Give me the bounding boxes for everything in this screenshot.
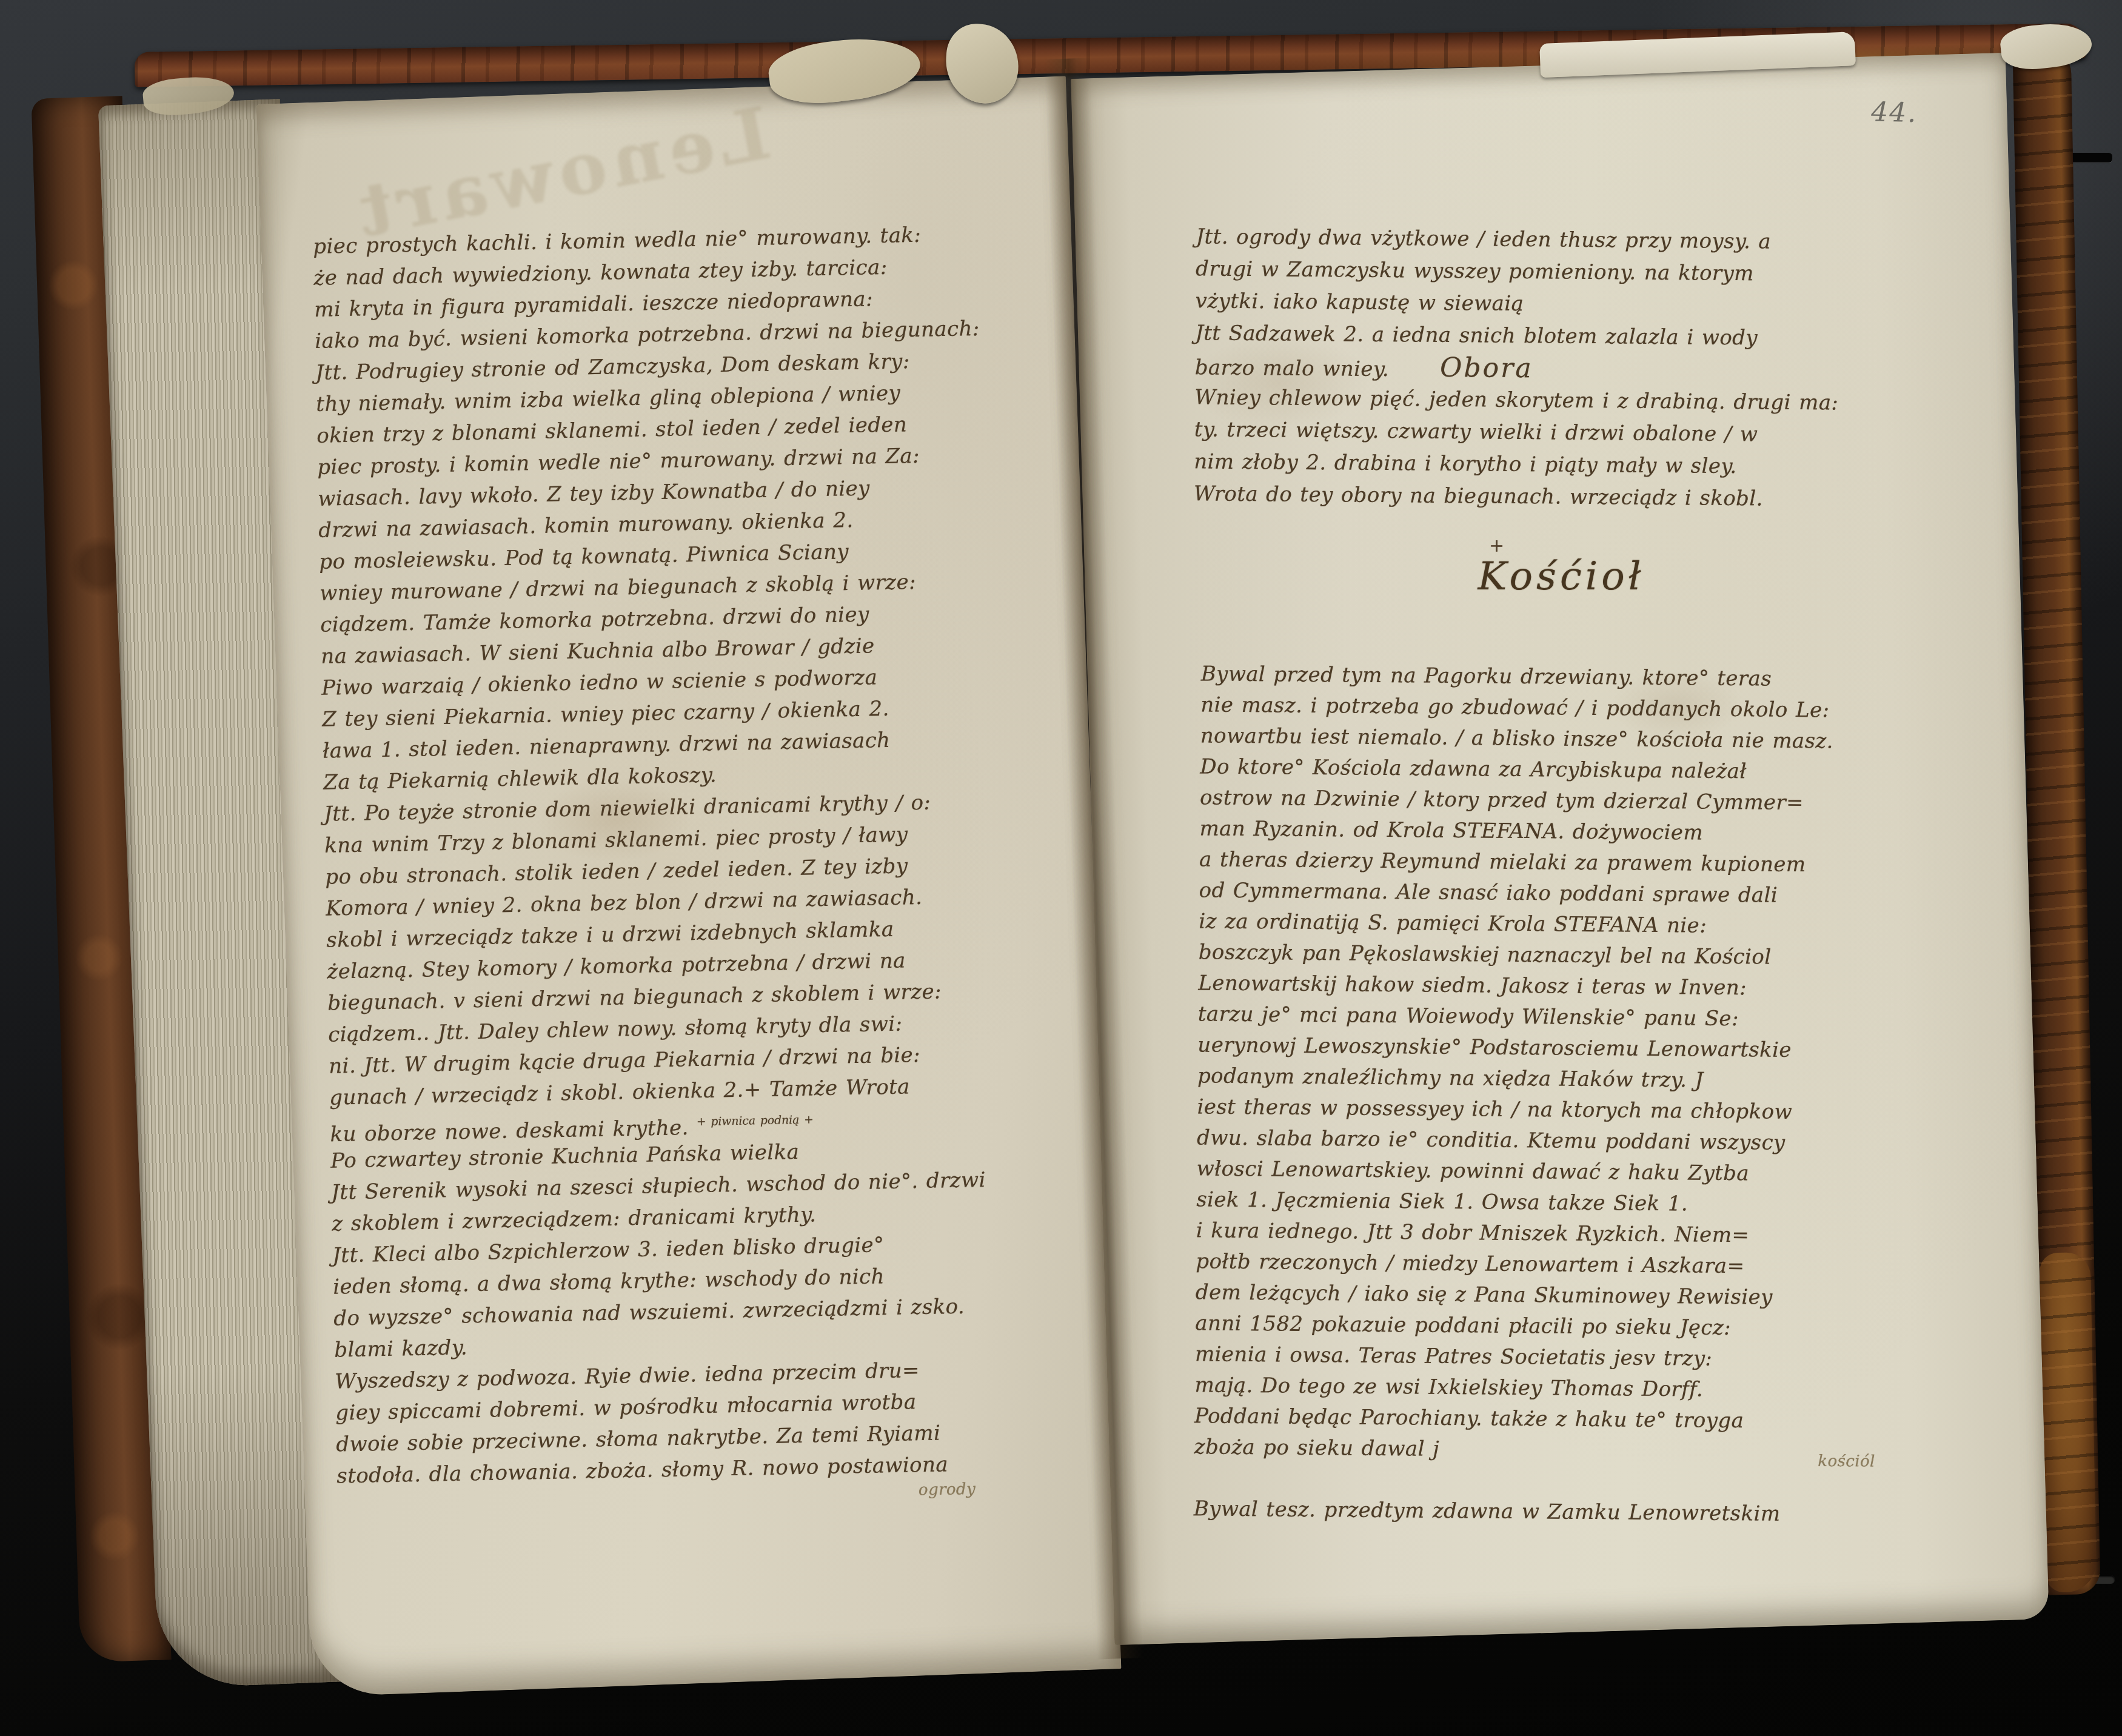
- cross-mark: +: [1489, 535, 1505, 557]
- right-page-main-text-block: Bywal przed tym na Pagorku drzewiany. kt…: [1194, 659, 1977, 1531]
- right-page: 44. Jtt. ogrody dwa vżytkowe / ieden thu…: [1071, 53, 2049, 1645]
- manuscript-line: Bywal tesz. przedtym zdawna w Zamku Leno…: [1194, 1493, 1970, 1531]
- manuscript-line: Wrota do tey obory na biegunach. wrzecią…: [1194, 478, 1958, 517]
- left-page: Lenowart piec prostych kachli. i komin w…: [256, 76, 1122, 1697]
- right-page-top-text-block: Jtt. ogrody dwa vżytkowe / ieden thusz p…: [1194, 221, 1960, 517]
- folio-page-number: 44.: [1871, 96, 1918, 129]
- worn-leather-patch: [2040, 1252, 2097, 1593]
- manuscript-photo-scene: Lenowart piec prostych kachli. i komin w…: [0, 0, 2122, 1736]
- catchword-left: ogrody: [919, 1480, 976, 1500]
- left-page-text-block: piec prostych kachli. i komin wedla nie°…: [313, 217, 1074, 1492]
- section-heading-kosciol: Kośćioł: [1478, 554, 1644, 599]
- catchword-right: kościól: [1818, 1452, 1875, 1471]
